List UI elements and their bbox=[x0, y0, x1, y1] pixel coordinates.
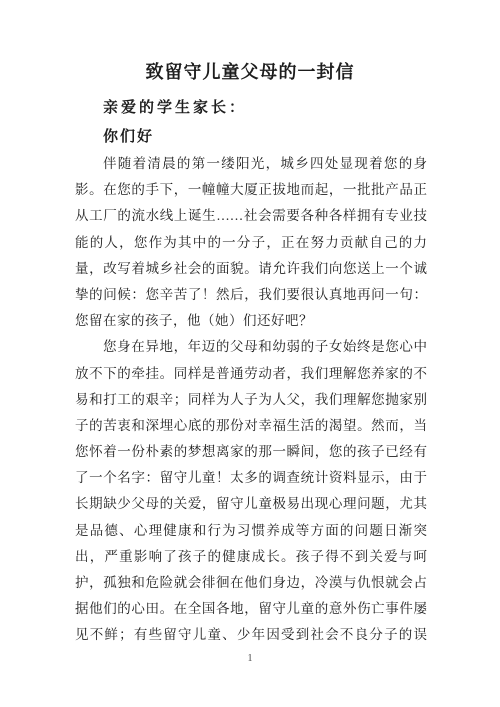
letter-body: 伴随着清晨的第一缕阳光，城乡四处显现着您的身 影。在您的手下，一幢幢大厦正拔地而… bbox=[75, 151, 427, 649]
paragraph2-line: 放不下的牵挂。同样是普通劳动者，我们理解您养家的不 bbox=[75, 361, 427, 387]
paragraph2-line: 易和打工的艰辛；同样为人子为人父，我们理解您抛家别 bbox=[75, 387, 427, 413]
paragraph2-line: 您身在异地，年迈的父母和幼弱的子女始终是您心中 bbox=[75, 334, 427, 360]
paragraph1-line: 量，改写着城乡社会的面貌。请允许我们向您送上一个诚 bbox=[75, 256, 427, 282]
page-number: 1 bbox=[0, 652, 500, 666]
paragraph1-line: 伴随着清晨的第一缕阳光，城乡四处显现着您的身 bbox=[75, 151, 427, 177]
paragraph1-line: 影。在您的手下，一幢幢大厦正拔地而起，一批批产品正 bbox=[75, 177, 427, 203]
letter-page: 致留守儿童父母的一封信 亲爱的学生家长： 你们好 伴随着清晨的第一缕阳光，城乡四… bbox=[0, 0, 500, 707]
salutation: 亲爱的学生家长： bbox=[103, 98, 247, 118]
paragraph1-line: 能的人，您作为其中的一分子，正在努力贡献自己的力 bbox=[75, 230, 427, 256]
paragraph2-line: 您怀着一份朴素的梦想离家的那一瞬间，您的孩子已经有 bbox=[75, 439, 427, 465]
paragraph1-line: 挚的问候：您辛苦了！然后，我们要很认真地再问一句： bbox=[75, 282, 427, 308]
page-title: 致留守儿童父母的一封信 bbox=[0, 61, 500, 83]
paragraph2-line: 是品德、心理健康和行为习惯养成等方面的问题日渐突 bbox=[75, 518, 427, 544]
paragraph2-line: 护，孤独和危险就会徘徊在他们身边，冷漠与仇恨就会占 bbox=[75, 570, 427, 596]
paragraph2-line: 长期缺少父母的关爱，留守儿童极易出现心理问题，尤其 bbox=[75, 491, 427, 517]
paragraph2-line: 见不鲜；有些留守儿童、少年因受到社会不良分子的误 bbox=[75, 622, 427, 648]
paragraph2-line: 子的苦衷和深埋心底的那份对幸福生活的渴望。然而，当 bbox=[75, 413, 427, 439]
paragraph2-line: 出，严重影响了孩子的健康成长。孩子得不到关爱与呵 bbox=[75, 544, 427, 570]
paragraph1-line: 您留在家的孩子，他（她）们还好吧？ bbox=[75, 308, 427, 334]
paragraph2-line: 据他们的心田。在全国各地，留守儿童的意外伤亡事件屡 bbox=[75, 596, 427, 622]
paragraph2-line: 了一个名字：留守儿童！太多的调查统计资料显示，由于 bbox=[75, 465, 427, 491]
greeting: 你们好 bbox=[103, 127, 154, 147]
paragraph1-line: 从工厂的流水线上诞生……社会需要各种各样拥有专业技 bbox=[75, 203, 427, 229]
